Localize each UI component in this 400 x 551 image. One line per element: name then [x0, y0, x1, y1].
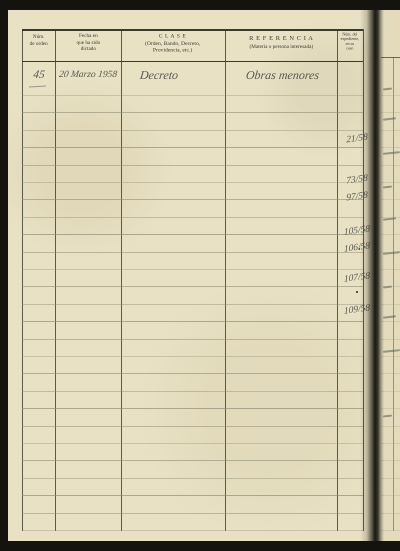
row-line — [22, 356, 363, 357]
book-gutter — [360, 10, 384, 541]
header-subtitle: (Materia o persona interesada) — [225, 43, 337, 50]
handwriting-fragment — [383, 151, 400, 155]
row-line — [22, 443, 363, 444]
header-title: C L A S E — [121, 33, 225, 40]
row-line — [22, 234, 363, 235]
row-line — [22, 408, 363, 409]
handwriting-fragment — [383, 186, 392, 189]
row-line — [22, 112, 363, 113]
row-line — [22, 321, 363, 322]
column-header-num: Núm. de orden — [22, 34, 55, 59]
table-vertical-line — [55, 29, 56, 531]
row-line — [22, 147, 363, 148]
row-line — [22, 304, 363, 305]
handwriting-fragment — [383, 315, 396, 318]
row-line — [22, 495, 363, 496]
table-vertical-line — [225, 29, 226, 531]
handwritten-referencia: Obras menores — [234, 68, 331, 83]
handwritten-clase: Decreto — [123, 68, 195, 83]
row-line — [22, 217, 363, 218]
row-line — [22, 95, 363, 96]
row-line — [22, 339, 363, 340]
handwritten-date: 20 Marzo 1958 — [55, 70, 120, 80]
row-line — [22, 286, 363, 287]
row-line — [22, 199, 363, 200]
row-line — [22, 478, 363, 479]
row-line — [22, 391, 363, 392]
handwriting-fragment — [383, 88, 392, 91]
handwriting-fragment — [383, 117, 396, 120]
row-line — [22, 252, 363, 253]
order-number-underline — [29, 86, 46, 88]
column-header-referencia: R E F E R E N C I A (Materia o persona i… — [225, 35, 337, 60]
row-line — [22, 460, 363, 461]
handwriting-fragment — [383, 415, 392, 418]
handwriting-fragment — [383, 217, 396, 220]
header-text: dictado — [55, 46, 121, 53]
header-title: R E F E R E N C I A — [225, 35, 337, 43]
row-line — [22, 426, 363, 427]
header-text: de orden — [22, 41, 55, 48]
header-subtitle: (Orden, Bando, Decreto, — [121, 40, 225, 47]
row-line — [22, 269, 363, 270]
row-line — [22, 165, 363, 166]
column-header-clase: C L A S E (Orden, Bando, Decreto, Provid… — [121, 33, 225, 71]
table-vertical-line — [337, 29, 338, 531]
handwritten-order-number: 45 — [23, 69, 54, 81]
table-top-border — [22, 29, 363, 31]
row-line — [22, 130, 363, 131]
row-line — [22, 513, 363, 514]
column-header-fecha: Fecha en que ha sido dictado — [55, 33, 121, 71]
table-vertical-line — [22, 29, 23, 531]
ledger-page: Núm. de orden Fecha en que ha sido dicta… — [8, 10, 381, 541]
scanned-ledger-page: Núm. de orden Fecha en que ha sido dicta… — [0, 0, 400, 551]
row-line — [22, 373, 363, 374]
table-vertical-line — [121, 29, 122, 531]
row-line — [22, 182, 363, 183]
handwriting-fragment — [383, 349, 400, 353]
row-line — [22, 530, 363, 531]
header-subtitle: Providencia, etc.) — [121, 47, 225, 54]
scan-speck — [356, 291, 358, 293]
